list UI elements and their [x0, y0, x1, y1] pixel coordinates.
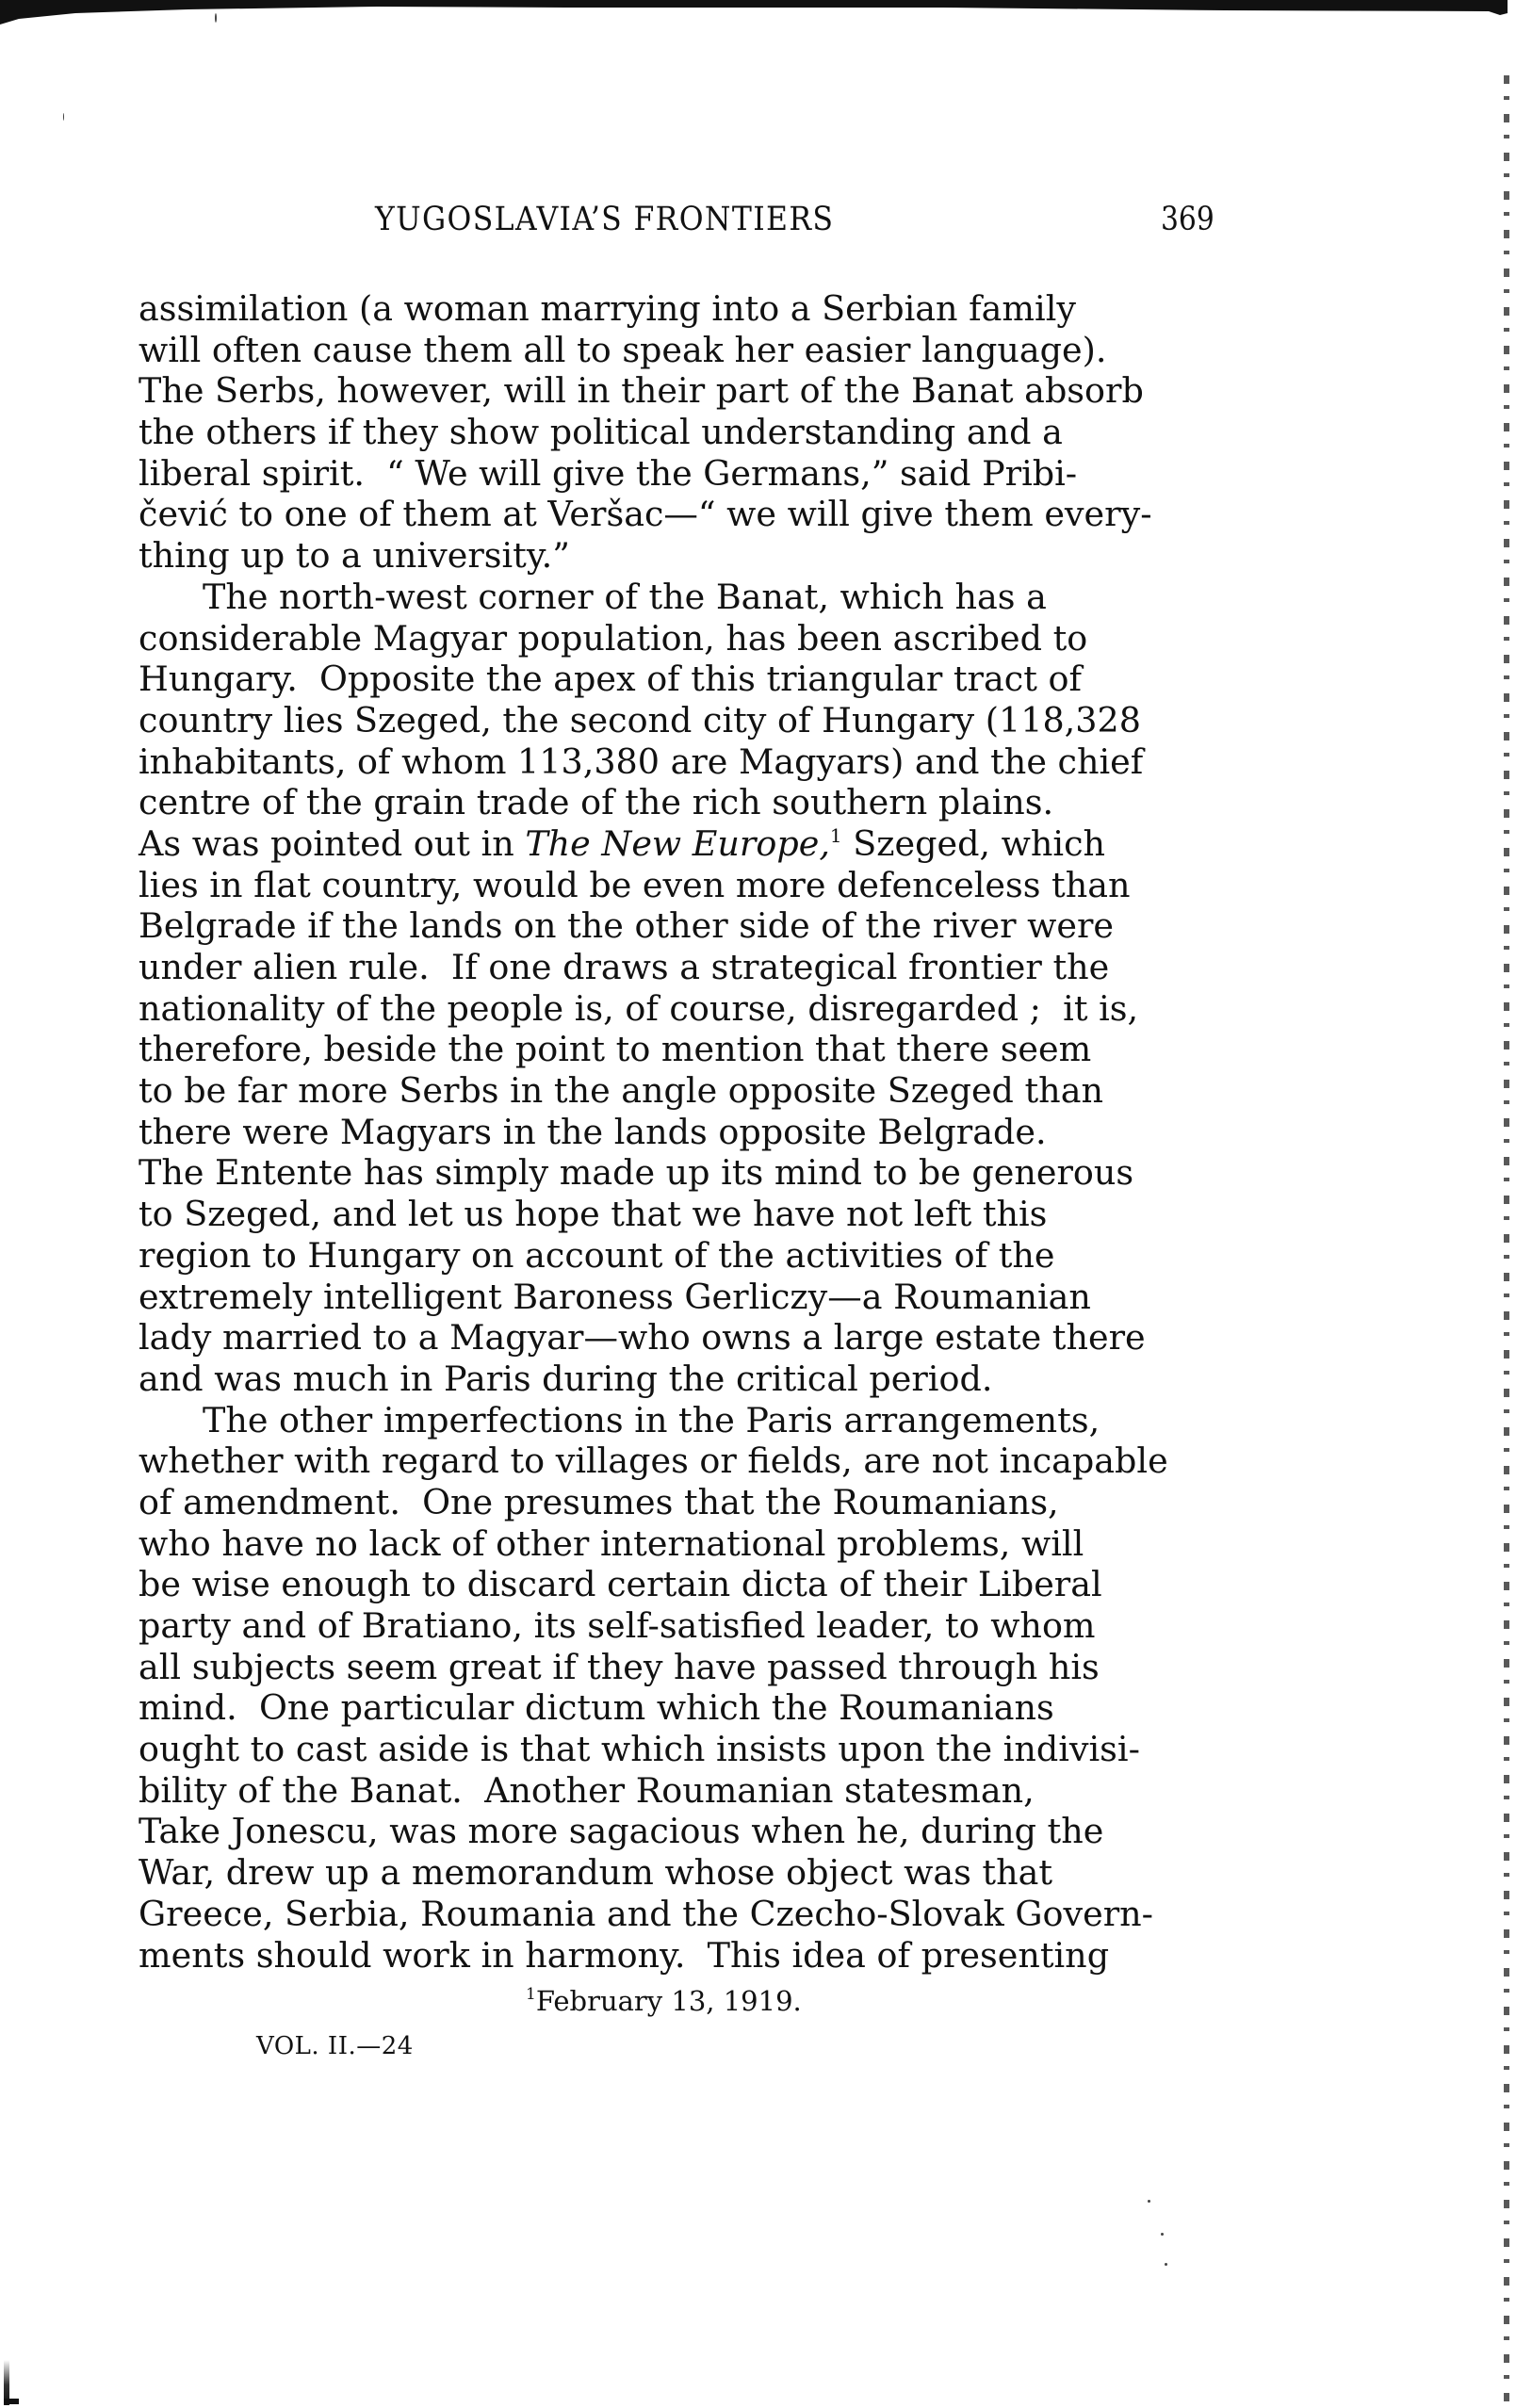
line-text: The north-west corner of the Banat, whic…	[203, 577, 1047, 617]
line-text: whether with regard to villages or field…	[139, 1440, 1168, 1481]
line-text: thing up to a university.”	[139, 535, 570, 576]
text-line: of amendment. One presumes that the Roum…	[139, 1482, 1215, 1523]
line-text: bility of the Banat. Another Roumanian s…	[139, 1770, 1035, 1811]
scan-speck	[1165, 2263, 1167, 2266]
line-text: extremely intelligent Baroness Gerliczy—…	[139, 1277, 1091, 1317]
text-line: be wise enough to discard certain dicta …	[139, 1564, 1215, 1605]
line-text: who have no lack of other international …	[139, 1523, 1084, 1564]
line-text: The Entente has simply made up its mind …	[139, 1152, 1133, 1193]
text-line: War, drew up a memorandum whose object w…	[139, 1852, 1215, 1894]
paragraph-3: The other imperfections in the Paris arr…	[139, 1400, 1215, 1977]
text-line: ments should work in harmony. This idea …	[139, 1935, 1215, 1977]
footnote-marker: 1	[526, 1985, 536, 2004]
text-line: ought to cast aside is that which insist…	[139, 1729, 1215, 1770]
line-text: there were Magyars in the lands opposite…	[139, 1112, 1047, 1152]
text-line: Hungary. Opposite the apex of this trian…	[139, 659, 1215, 700]
text-line: whether with regard to villages or field…	[139, 1440, 1215, 1482]
text-line: considerable Magyar population, has been…	[139, 618, 1215, 659]
line-text: Belgrade if the lands on the other side …	[139, 905, 1114, 946]
text-line: mind. One particular dictum which the Ro…	[139, 1687, 1215, 1729]
text-line: lies in flat country, would be even more…	[139, 865, 1215, 906]
scan-speck	[1148, 2200, 1150, 2203]
running-head: YUGOSLAVIA’S FRONTIERS 369	[0, 196, 1516, 243]
text-line: therefore, beside the point to mention t…	[139, 1029, 1215, 1070]
line-text: Take Jonescu, was more sagacious when he…	[139, 1811, 1103, 1851]
line-text: to be far more Serbs in the angle opposi…	[139, 1070, 1103, 1111]
scan-speck	[215, 13, 217, 23]
scan-speck	[1161, 2233, 1164, 2236]
line-text: under alien rule. If one draws a strateg…	[139, 947, 1109, 987]
text-line: under alien rule. If one draws a strateg…	[139, 947, 1215, 988]
text-line: region to Hungary on account of the acti…	[139, 1235, 1215, 1277]
text-line: Belgrade if the lands on the other side …	[139, 905, 1215, 947]
text-line: liberal spirit. “ We will give the Germa…	[139, 453, 1215, 495]
footnote-ref: 1	[830, 824, 842, 847]
scan-speck	[63, 113, 64, 121]
line-text: čević to one of them at Veršac—“ we will…	[139, 494, 1152, 534]
line-text: War, drew up a memorandum whose object w…	[139, 1852, 1052, 1893]
line-text: Greece, Serbia, Roumania and the Czecho-…	[139, 1894, 1153, 1934]
line-text: the others if they show political unders…	[139, 412, 1063, 452]
line-text: all subjects seem great if they have pas…	[139, 1647, 1100, 1687]
text-line: The other imperfections in the Paris arr…	[139, 1400, 1215, 1441]
line-text: ought to cast aside is that which insist…	[139, 1729, 1140, 1769]
text-line: assimilation (a woman marrying into a Se…	[139, 288, 1215, 330]
line-text: region to Hungary on account of the acti…	[139, 1235, 1055, 1276]
paragraph-2: The north-west corner of the Banat, whic…	[139, 577, 1215, 1400]
paragraph-1: assimilation (a woman marrying into a Se…	[139, 288, 1215, 577]
body-text: assimilation (a woman marrying into a Se…	[139, 288, 1215, 1976]
line-text: country lies Szeged, the second city of …	[139, 700, 1141, 740]
footnote-text: February 13, 1919.	[536, 1985, 802, 2017]
line-text: of amendment. One presumes that the Roum…	[139, 1482, 1059, 1522]
line-text: to Szeged, and let us hope that we have …	[139, 1194, 1047, 1234]
text-line: Greece, Serbia, Roumania and the Czecho-…	[139, 1894, 1215, 1935]
text-line: inhabitants, of whom 113,380 are Magyars…	[139, 741, 1215, 783]
printer-signature: VOL. II.—24	[256, 2027, 414, 2065]
text-line: and was much in Paris during the critica…	[139, 1359, 1215, 1400]
scan-right-edge	[1504, 75, 1509, 2402]
line-text: Szeged, which	[842, 823, 1105, 864]
line-text: party and of Bratiano, its self-satisfie…	[139, 1605, 1096, 1646]
publication-title: The New Europe,	[525, 823, 830, 864]
line-text: centre of the grain trade of the rich so…	[139, 782, 1053, 822]
text-line: who have no lack of other international …	[139, 1523, 1215, 1565]
line-text: nationality of the people is, of course,…	[139, 988, 1138, 1029]
line-text: mind. One particular dictum which the Ro…	[139, 1687, 1054, 1728]
text-line: lady married to a Magyar—who owns a larg…	[139, 1317, 1215, 1359]
text-line: čević to one of them at Veršac—“ we will…	[139, 494, 1215, 535]
line-text: ments should work in harmony. This idea …	[139, 1935, 1109, 1976]
text-line: centre of the grain trade of the rich so…	[139, 782, 1215, 823]
text-line: there were Magyars in the lands opposite…	[139, 1112, 1215, 1153]
text-line: extremely intelligent Baroness Gerliczy—…	[139, 1277, 1215, 1318]
line-text: lies in flat country, would be even more…	[139, 865, 1130, 905]
footnote: 1February 13, 1919.	[526, 1982, 802, 2020]
line-text: lady married to a Magyar—who owns a larg…	[139, 1317, 1146, 1358]
text-line: to Szeged, and let us hope that we have …	[139, 1194, 1215, 1235]
text-line: bility of the Banat. Another Roumanian s…	[139, 1770, 1215, 1812]
line-text: therefore, beside the point to mention t…	[139, 1029, 1091, 1069]
text-line: all subjects seem great if they have pas…	[139, 1647, 1215, 1688]
text-line: the others if they show political unders…	[139, 412, 1215, 453]
page-number: 369	[1161, 196, 1214, 243]
text-line: The Serbs, however, will in their part o…	[139, 370, 1215, 412]
line-text: and was much in Paris during the critica…	[139, 1359, 992, 1399]
signature-text: VOL. II.—24	[256, 2032, 414, 2060]
text-line: Take Jonescu, was more sagacious when he…	[139, 1811, 1215, 1852]
text-line: The Entente has simply made up its mind …	[139, 1152, 1215, 1194]
text-line: nationality of the people is, of course,…	[139, 988, 1215, 1030]
scan-bottom-left-mark-foot	[4, 2399, 19, 2404]
line-text: As was pointed out in	[139, 823, 525, 864]
text-line-with-citation: As was pointed out in The New Europe,1 S…	[139, 823, 1215, 865]
line-text: The other imperfections in the Paris arr…	[203, 1400, 1100, 1440]
text-line: to be far more Serbs in the angle opposi…	[139, 1070, 1215, 1112]
line-text: be wise enough to discard certain dicta …	[139, 1564, 1102, 1604]
line-text: The Serbs, however, will in their part o…	[139, 370, 1144, 411]
scan-top-edge	[0, 0, 1508, 26]
line-text: considerable Magyar population, has been…	[139, 618, 1087, 659]
text-line: country lies Szeged, the second city of …	[139, 700, 1215, 741]
line-text: inhabitants, of whom 113,380 are Magyars…	[139, 741, 1143, 782]
line-text: Hungary. Opposite the apex of this trian…	[139, 659, 1082, 699]
line-text: will often cause them all to speak her e…	[139, 330, 1106, 370]
text-line: thing up to a university.”	[139, 535, 1215, 577]
line-text: liberal spirit. “ We will give the Germa…	[139, 453, 1077, 494]
text-line: will often cause them all to speak her e…	[139, 330, 1215, 371]
text-line: party and of Bratiano, its self-satisfie…	[139, 1605, 1215, 1647]
running-head-title: YUGOSLAVIA’S FRONTIERS	[375, 196, 834, 243]
line-text: assimilation (a woman marrying into a Se…	[139, 288, 1076, 329]
text-line: The north-west corner of the Banat, whic…	[139, 577, 1215, 618]
